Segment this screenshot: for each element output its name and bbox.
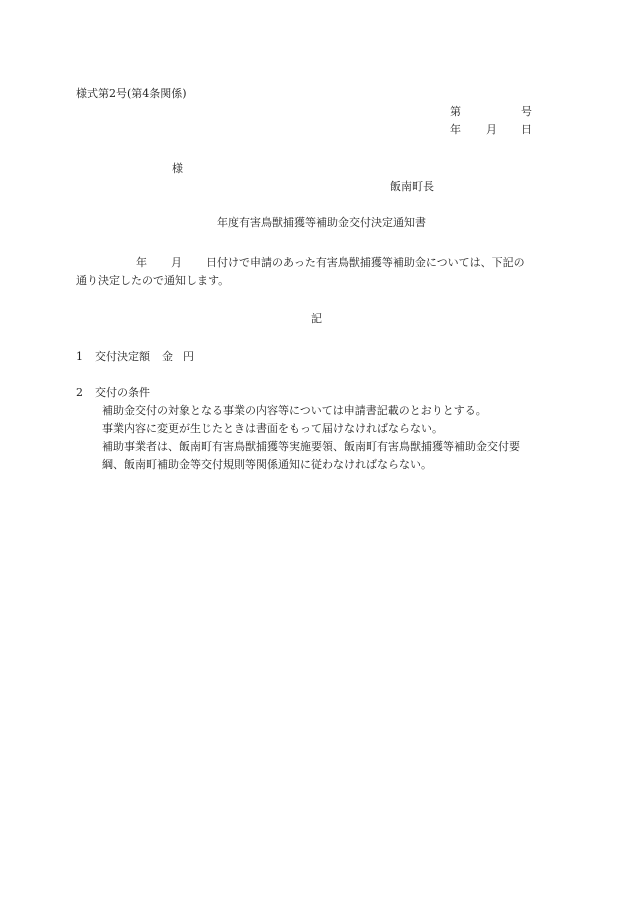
condition-3: 補助事業者は、飯南町有害鳥獣捕獲等実施要領、飯南町有害鳥獣捕獲等補助金交付要 bbox=[102, 440, 520, 454]
document-title: 年度有害鳥獣捕獲等補助金交付決定通知書 bbox=[217, 216, 426, 230]
amount-kin: 金 bbox=[162, 350, 173, 363]
date-day-label: 日 bbox=[521, 123, 532, 137]
addressee-honorific: 様 bbox=[172, 162, 183, 176]
item-conditions: 2交付の条件 bbox=[76, 386, 150, 400]
item-label: 交付の条件 bbox=[95, 386, 150, 399]
body-month-label: 月 bbox=[171, 256, 182, 269]
sender-name: 飯南町長 bbox=[390, 180, 434, 194]
body-line-2: 通り決定したので通知します。 bbox=[76, 274, 229, 288]
date-month-label: 月 bbox=[486, 123, 497, 137]
date-year-label: 年 bbox=[450, 123, 461, 137]
condition-1: 補助金交付の対象となる事業の内容等については申請書記載のとおりとする。 bbox=[102, 404, 487, 418]
form-label: 様式第2号(第4条関係) bbox=[76, 87, 187, 101]
item-label: 交付決定額 bbox=[95, 350, 150, 363]
condition-2: 事業内容に変更が生じたときは書面をもって届けなければならない。 bbox=[102, 422, 443, 436]
body-line-1-text: 日付けで申請のあった有害鳥獣捕獲等補助金については、下記の bbox=[206, 256, 525, 269]
ki-heading: 記 bbox=[311, 312, 322, 326]
amount-yen: 円 bbox=[183, 350, 194, 363]
condition-3-continued: 綱、飯南町補助金等交付規則等関係通知に従わなければならない。 bbox=[102, 458, 432, 472]
item-grant-amount: 1交付決定額金円 bbox=[76, 350, 194, 364]
item-number: 1 bbox=[76, 350, 83, 363]
document-number-suffix: 号 bbox=[521, 105, 532, 119]
body-line-1: 年月日付けで申請のあった有害鳥獣捕獲等補助金については、下記の bbox=[76, 256, 525, 270]
item-number: 2 bbox=[76, 386, 83, 399]
document-number-prefix: 第 bbox=[450, 105, 461, 119]
body-year-label: 年 bbox=[136, 256, 147, 269]
